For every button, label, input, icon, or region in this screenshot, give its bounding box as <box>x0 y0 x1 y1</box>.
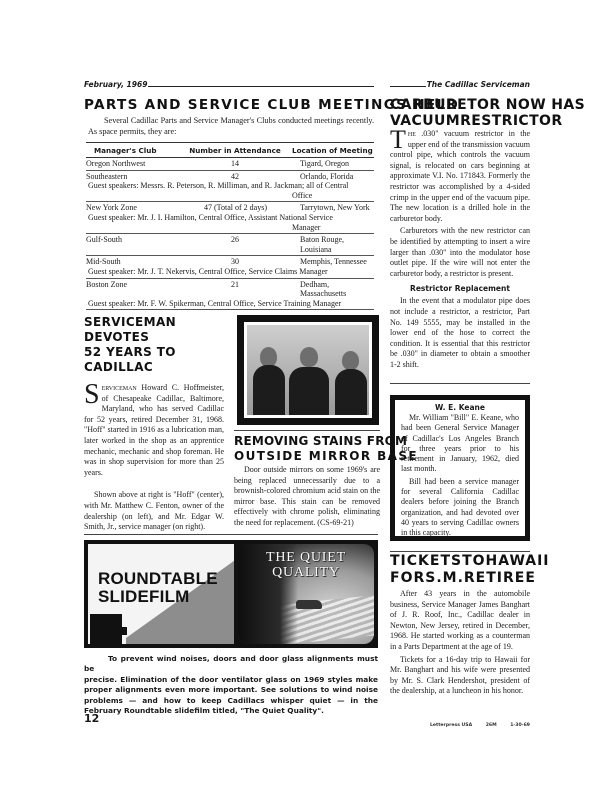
person-right <box>335 343 367 415</box>
running-header-publication: The Cadillac Serviceman <box>390 80 530 89</box>
attendance: 14 <box>184 159 286 169</box>
article-body: Carburetors with the new restrictor can … <box>390 226 530 279</box>
attendance: 26 <box>184 235 286 254</box>
attendance: 21 <box>184 280 286 299</box>
table-row: Boston Zone 21 Dedham, Massachusetts Gue… <box>86 279 374 311</box>
club-name: New York Zone <box>86 203 184 213</box>
club-name: Gulf-South <box>86 235 184 254</box>
article-title: SERVICEMAN DEVOTES 52 YEARS TO CADILLAC <box>84 315 224 375</box>
club-name: Southeastern <box>86 172 184 182</box>
article-body: In the event that a modulator pipe does … <box>390 296 530 370</box>
location: Tigard, Oregon <box>286 159 374 169</box>
banner-caption: To prevent wind noises, doors and door g… <box>84 654 378 716</box>
page-number: 12 <box>84 712 99 725</box>
location: Baton Rouge, Louisiana <box>286 235 374 254</box>
carburetor-article: CARBURETOR NOW HAS VACUUMRESTRICTOR The … <box>390 97 530 370</box>
article-intro: Several Cadillac Parts and Service Manag… <box>88 116 374 137</box>
table-row: Southeastern 42 Orlando, Florida Guest s… <box>86 171 374 203</box>
table-row: Oregon Northwest 14 Tigard, Oregon <box>86 158 374 171</box>
header-rule <box>148 86 374 87</box>
car-icon <box>296 600 322 609</box>
slidefilm-panel: ROUNDTABLE SLIDEFILM <box>88 544 234 644</box>
person-center <box>289 341 329 415</box>
roundtable-slidefilm-banner: ROUNDTABLE SLIDEFILM THE QUIET QUALITY <box>84 540 378 648</box>
header-rule <box>390 86 426 87</box>
subheading: Restrictor Replacement <box>390 284 530 293</box>
divider <box>84 534 378 535</box>
running-header-date: February, 1969 <box>84 80 374 89</box>
divider <box>234 430 380 431</box>
issue-date: February, 1969 <box>84 80 147 89</box>
guest-speakers: Guest speaker: Mr. J. I. Hamilton, Centr… <box>86 213 374 232</box>
club-name: Mid-South <box>86 257 184 267</box>
column-header: Location of Meeting <box>286 146 374 155</box>
guest-speakers: Guest speaker: Mr. J. T. Nekervis, Centr… <box>86 267 374 277</box>
photo-caption: Shown above at right is "Hoff" (center),… <box>84 490 224 532</box>
person-left <box>253 341 285 415</box>
article-title: CARBURETOR NOW HAS VACUUMRESTRICTOR <box>390 97 530 129</box>
table-row: Gulf-South 26 Baton Rouge, Louisiana <box>86 234 374 256</box>
guest-speakers: Guest speaker: Mr. F. W. Spikerman, Cent… <box>86 299 374 309</box>
parts-service-article: PARTS AND SERVICE CLUB MEETINGS HELD Sev… <box>84 97 374 310</box>
publication-title: The Cadillac Serviceman <box>427 80 530 89</box>
article-body: After 43 years in the automobile busines… <box>390 589 530 653</box>
box-body: Bill had been a service manager for seve… <box>401 477 519 539</box>
location: Orlando, Florida <box>286 172 374 182</box>
meetings-table: Manager's Club Number in Attendance Loca… <box>86 142 374 310</box>
location: Tarrytown, New York <box>286 203 374 213</box>
divider <box>390 551 530 552</box>
tickets-to-hawaii-article: TICKETS TO HAWAII FOR S.M. RETIREE After… <box>390 553 530 697</box>
attendance: 30 <box>184 257 286 267</box>
serviceman-devotes-article: SERVICEMAN DEVOTES 52 YEARS TO CADILLAC … <box>84 315 224 533</box>
quiet-quality-slide: THE QUIET QUALITY <box>238 544 374 644</box>
article-body: Tickets for a 16-day trip to Hawaii for … <box>390 655 530 697</box>
article-body: Door outside mirrors on some 1969's are … <box>234 465 380 529</box>
divider <box>390 383 530 384</box>
column-header: Manager's Club <box>86 146 184 155</box>
attendance: 42 <box>184 172 286 182</box>
club-name: Boston Zone <box>86 280 184 299</box>
article-title: PARTS AND SERVICE CLUB MEETINGS HELD <box>84 97 374 113</box>
drop-cap: S <box>84 384 100 406</box>
printer-imprint: Letterpress USA 26M 1-30-69 <box>430 723 530 728</box>
keane-obituary-box: W. E. Keane Mr. William "Bill" E. Keane,… <box>390 395 530 541</box>
attendance: 47 (Total of 2 days) <box>184 203 286 213</box>
group-photo <box>237 315 379 425</box>
club-name: Oregon Northwest <box>86 159 184 169</box>
guest-speakers: Guest speakers: Messrs. R. Peterson, R. … <box>86 181 374 200</box>
location: Memphis, Tennessee <box>286 257 374 267</box>
removing-stains-article: REMOVING STAINS FROM OUTSIDE MIRROR BASE… <box>234 434 380 529</box>
article-title: REMOVING STAINS FROM OUTSIDE MIRROR BASE <box>234 434 380 464</box>
table-header: Manager's Club Number in Attendance Loca… <box>86 142 374 158</box>
box-title: W. E. Keane <box>401 403 519 412</box>
article-body: Serviceman Howard C. Hoffmeister, of Che… <box>84 383 224 478</box>
location: Dedham, Massachusetts <box>286 280 374 299</box>
table-row: New York Zone 47 (Total of 2 days) Tarry… <box>86 202 374 234</box>
table-row: Mid-South 30 Memphis, Tennessee Guest sp… <box>86 256 374 278</box>
projector-icon <box>90 614 122 644</box>
article-body: The .030" vacuum restrictor in the upper… <box>390 129 530 224</box>
article-title: TICKETS TO HAWAII FOR S.M. RETIREE <box>390 553 530 587</box>
slide-title: THE QUIET QUALITY <box>238 550 374 580</box>
drop-cap: T <box>390 129 406 150</box>
box-body: Mr. William "Bill" E. Keane, who had bee… <box>401 413 519 475</box>
column-header: Number in Attendance <box>184 146 286 155</box>
slidefilm-title: ROUNDTABLE SLIDEFILM <box>98 570 218 606</box>
